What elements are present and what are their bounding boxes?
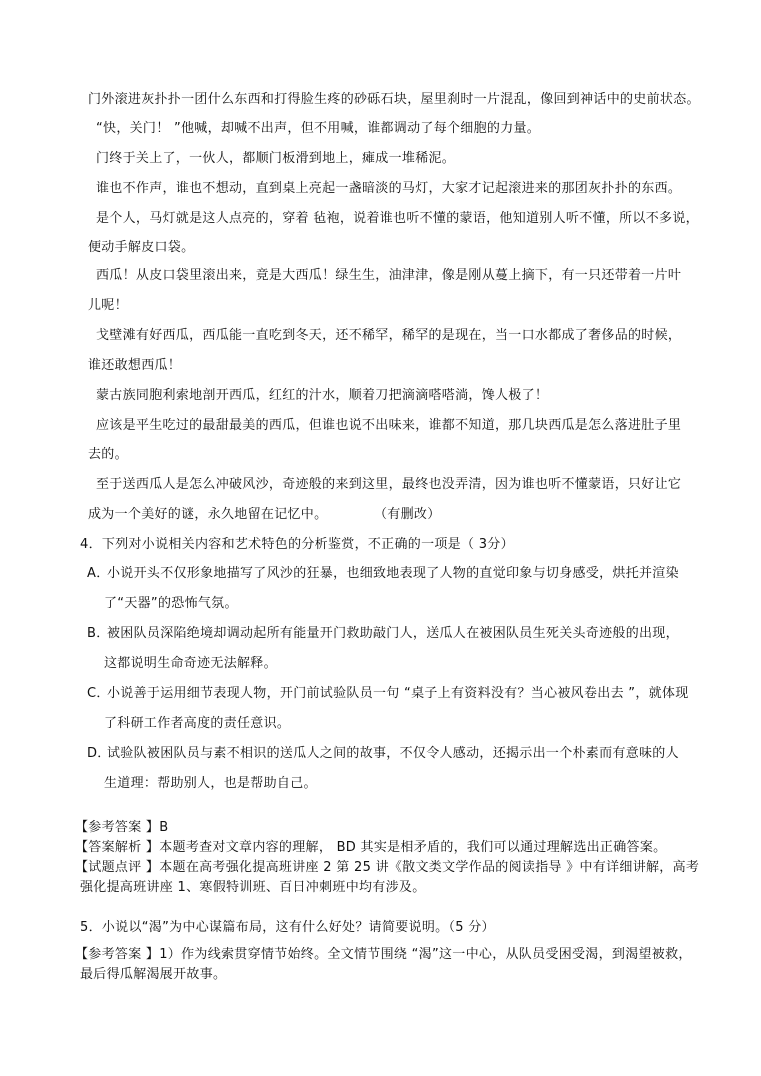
option-d-text: 试验队被困队员与素不相识的送瓜人之间的故事，不仅令人感动，还揭示出一个朴素而有意… bbox=[107, 746, 679, 762]
document-page: 门外滚进灰扑扑一团什么东西和打得脸生疼的砂砾石块，屋里刹时一片混乱，像回到神话中… bbox=[0, 0, 761, 1076]
option-c-text: 了科研工作者高度的责任意识。 bbox=[104, 716, 290, 732]
story-line: 儿呢！ bbox=[88, 298, 128, 314]
question-4-comment: 【试题点评 】本题在高考强化提高班讲座 2 第 25 讲《散文类文学作品的阅读指… bbox=[75, 860, 699, 876]
story-line: 西瓜！从皮口袋里滚出来，竟是大西瓜！绿生生，油津津，像是刚从蔓上摘下，有一只还带… bbox=[96, 268, 681, 284]
option-d-text: 生道理：帮助别人，也是帮助自己。 bbox=[104, 776, 317, 792]
story-line: “快，关门！ ”他喊，却喊不出声，但不用喊，谁都调动了每个细胞的力量。 bbox=[96, 121, 540, 137]
option-a-text: 小说开头不仅形象地描写了风沙的狂暴，也细致地表现了人物的直觉印象与切身感受，烘托… bbox=[107, 566, 679, 582]
question-4-stem: 4．下列对小说相关内容和艺术特色的分析鉴赏，不正确的一项是（ 3分） bbox=[80, 537, 514, 553]
question-4-comment: 强化提高班讲座 1、寒假特训班、百日冲刺班中均有涉及。 bbox=[80, 880, 426, 896]
source-note: （有删改） bbox=[374, 507, 441, 523]
story-line: 应该是平生吃过的最甜最美的西瓜，但谁也说不出味来，谁都不知道，那几块西瓜是怎么落… bbox=[96, 418, 681, 434]
question-5-answer: 最后得瓜解渴展开故事。 bbox=[80, 967, 226, 983]
story-line: 门外滚进灰扑扑一团什么东西和打得脸生疼的砂砾石块，屋里刹时一片混乱，像回到神话中… bbox=[88, 92, 700, 108]
story-line: 成为一个美好的谜，永久地留在记忆中。 bbox=[88, 507, 327, 523]
story-line: 至于送西瓜人是怎么冲破风沙，奇迹般的来到这里，最终也没弄清，因为谁也听不懂蒙语，… bbox=[96, 477, 681, 493]
question-5-answer: 【参考答案 】1）作为线索贯穿情节始终。全文情节围绕 “渴”这一中心，从队员受困… bbox=[75, 947, 692, 963]
story-line: 门终于关上了，一伙人，都顺门板滑到地上，瘫成一堆稀泥。 bbox=[96, 151, 455, 167]
option-b-text: 被困队员深陷绝境却调动起所有能量开门救助敲门人，送瓜人在被困队员生死关头奇迹般的… bbox=[107, 626, 679, 642]
option-c-text: 小说善于运用细节表现人物，开门前试验队员一句 “桌子上有资料没有？当心被风卷出去… bbox=[107, 686, 689, 702]
question-5-stem: 5．小说以“渴”为中心谋篇布局，这有什么好处？请简要说明。（5 分） bbox=[80, 920, 495, 936]
story-line: 谁还敢想西瓜！ bbox=[88, 358, 181, 374]
story-line: 是个人，马灯就是这人点亮的，穿着 毡袍，说着谁也听不懂的蒙语，他知道别人听不懂，… bbox=[96, 211, 699, 227]
question-4-answer: 【参考答案 】B bbox=[75, 820, 168, 836]
story-line: 便动手解皮口袋。 bbox=[88, 240, 194, 256]
option-a-text: 了“天器”的恐怖气氛。 bbox=[104, 596, 238, 612]
story-line: 谁也不作声，谁也不想动，直到桌上亮起一盏暗淡的马灯，大家才记起滚进来的那团灰扑扑… bbox=[96, 181, 681, 197]
question-4-analysis: 【答案解析 】本题考查对文章内容的理解， BD 其实是相矛盾的，我们可以通过理解… bbox=[75, 840, 666, 856]
option-b-text: 这都说明生命奇迹无法解释。 bbox=[104, 656, 277, 672]
story-line: 去的。 bbox=[88, 447, 128, 463]
story-line: 戈壁滩有好西瓜，西瓜能一直吃到冬天，还不稀罕，稀罕的是现在，当一口水都成了奢侈品… bbox=[96, 328, 681, 344]
story-line: 蒙古族同胞利索地剖开西瓜，红红的汁水，顺着刀把滴滴嗒嗒淌，馋人极了！ bbox=[96, 388, 548, 404]
